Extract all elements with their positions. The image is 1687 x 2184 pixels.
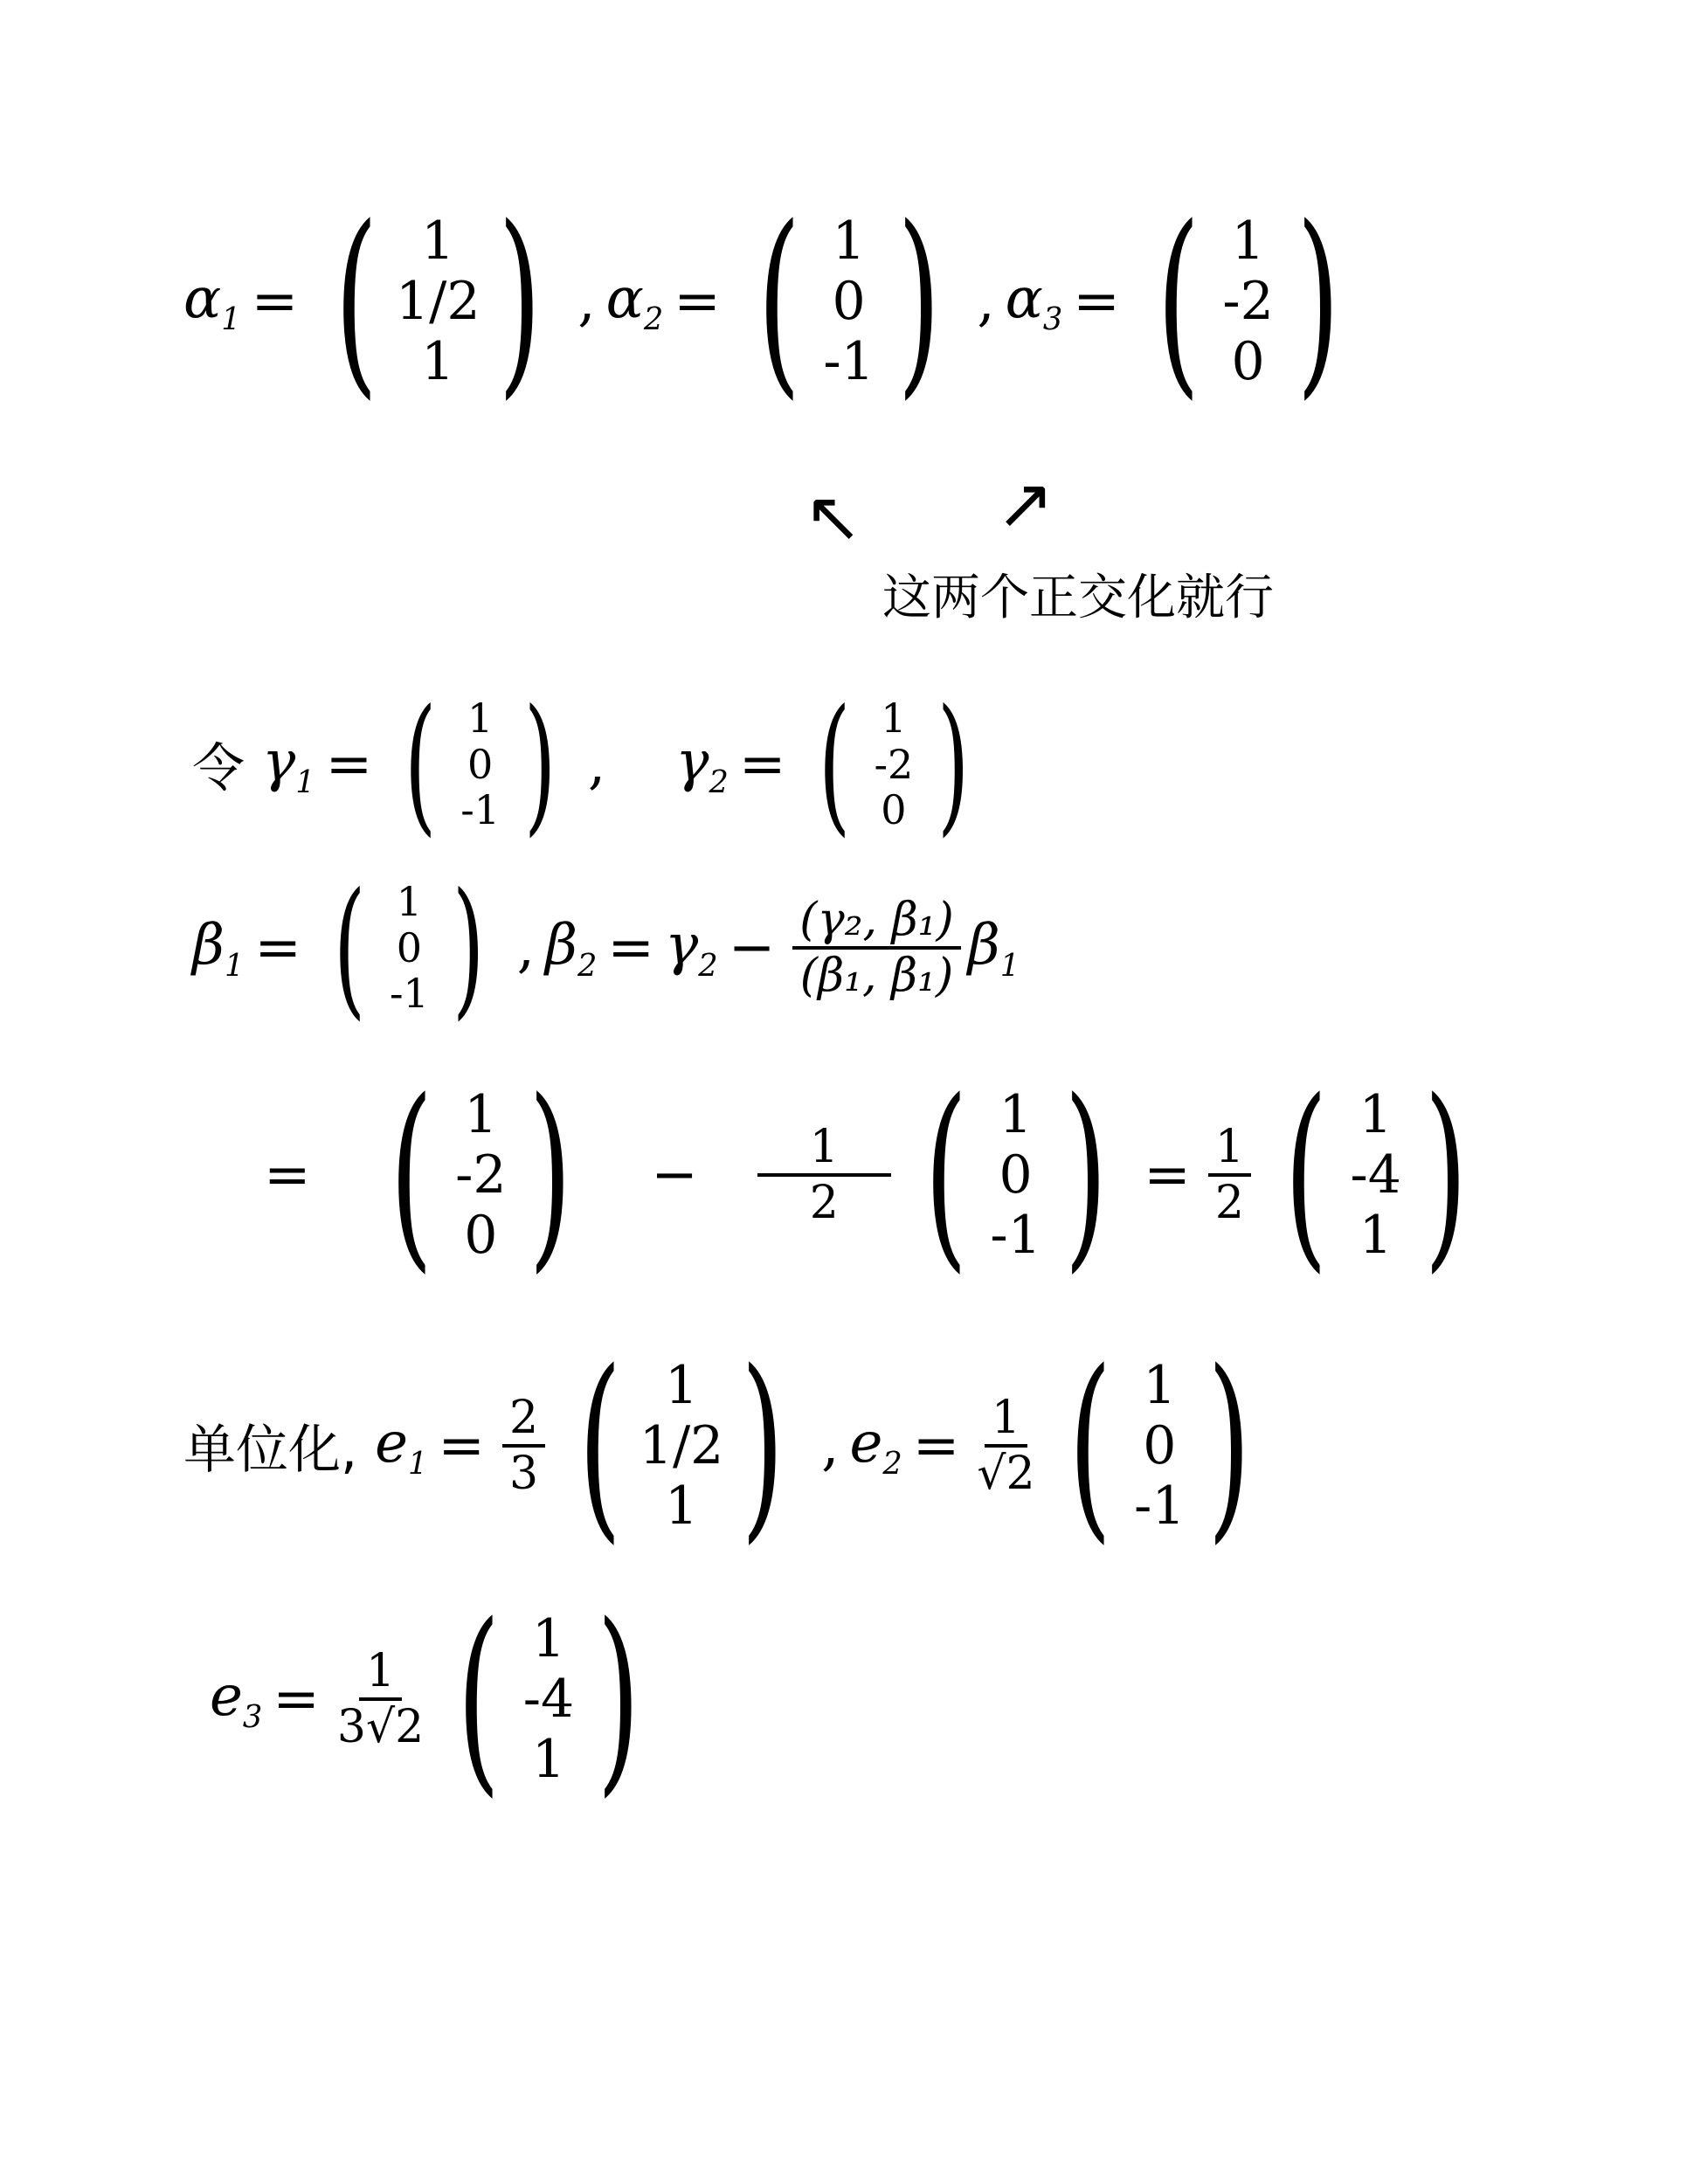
vector-entry: 1	[1143, 1356, 1176, 1416]
left-paren: (	[335, 201, 377, 402]
alpha2-label: α2	[606, 266, 664, 337]
vector-entry: 1	[999, 1085, 1032, 1145]
fraction-denominator: 2	[1215, 1177, 1244, 1229]
half-fraction: 1 2	[757, 1121, 891, 1229]
vector-entry: -1	[1134, 1476, 1185, 1537]
vector-entry: 0	[467, 742, 493, 788]
gamma2-label: γ2	[675, 729, 729, 800]
right-paren: )	[453, 874, 484, 1022]
right-paren: )	[897, 201, 940, 402]
alpha1-label: α1	[183, 266, 241, 337]
fraction-numerator: 1	[1208, 1121, 1251, 1177]
right-paren: )	[1424, 1075, 1467, 1275]
vector-entry: 1	[665, 1476, 698, 1537]
gamma2-vector: ( 1 -2 0 )	[372, 1075, 590, 1275]
fraction-numerator: (γ₂, β₁)	[792, 894, 960, 950]
vector-entry: -1	[823, 332, 874, 392]
vector-entry: 0	[1232, 332, 1265, 392]
arrow-up-left-icon: ↖	[804, 476, 862, 557]
equals-sign: =	[607, 916, 654, 980]
e2-coefficient: 1 √2	[977, 1392, 1034, 1500]
gamma1-vector: ( 1 0 -1 )	[391, 690, 569, 839]
left-paren: (	[924, 1075, 967, 1275]
gamma2-term: γ2	[665, 913, 718, 984]
vector-entry: 1	[1359, 1206, 1393, 1266]
beta2-result-vector: ( 1 -4 1 )	[1267, 1075, 1484, 1275]
right-paren: )	[529, 1075, 572, 1275]
arrow-up-right-icon: ↗	[996, 463, 1054, 544]
fraction-numerator: 1	[985, 1392, 1027, 1448]
vector-entry: 0	[397, 925, 422, 971]
equals-sign: =	[1073, 269, 1120, 334]
comma: ,	[588, 732, 605, 797]
gamma-definitions: 令 γ1 = ( 1 0 -1 ) , γ2 = ( 1 -2 0 )	[192, 690, 991, 839]
right-paren: )	[597, 1599, 640, 1800]
comma: ,	[517, 916, 535, 980]
right-paren: )	[742, 1345, 785, 1546]
gamma1-label: γ1	[262, 729, 315, 800]
fraction-denominator: (β₁, β₁)	[800, 950, 953, 1002]
comma: ,	[821, 1413, 839, 1478]
equals-sign: =	[326, 732, 373, 797]
equals-sign: =	[913, 1413, 960, 1478]
vector-entry: -1	[460, 787, 500, 833]
alpha3-label: α3	[1006, 266, 1063, 337]
alpha3-vector: ( 1 -2 0 )	[1139, 201, 1357, 402]
vector-entry: -4	[1351, 1145, 1401, 1206]
vector-entry: -2	[455, 1145, 506, 1206]
equals-sign: =	[739, 732, 786, 797]
right-paren: )	[524, 690, 556, 839]
vector-entry: -1	[390, 971, 429, 1017]
equals-sign: =	[254, 916, 301, 980]
right-paren: )	[1296, 201, 1339, 402]
beta1-label: β1	[192, 913, 244, 984]
beta2-label: β2	[545, 913, 597, 984]
fraction-denominator: √2	[977, 1448, 1034, 1500]
coefficient-fraction: 1 2	[1208, 1121, 1251, 1229]
vector-entry: 0	[464, 1206, 497, 1266]
fraction-numerator: 2	[502, 1392, 545, 1448]
equals-sign: =	[252, 269, 299, 334]
equals-sign: =	[438, 1413, 485, 1478]
left-paren: (	[757, 201, 800, 402]
fraction-denominator: 3√2	[337, 1701, 424, 1753]
vector-entry: 1	[421, 332, 454, 392]
e3-line: e3 = 1 3√2 ( 1 -4 1 )	[210, 1599, 667, 1800]
normalize-prefix: 单位化,	[183, 1408, 357, 1483]
vector-entry: 1	[467, 695, 493, 742]
fraction-denominator: 3	[509, 1448, 538, 1500]
beta2-computation: = ( 1 -2 0 ) − 1 2 ( 1 0 -1 ) = 1 2 ( 1 …	[253, 1075, 1493, 1275]
fraction-numerator: 1	[359, 1645, 402, 1701]
right-paren: )	[937, 690, 969, 839]
vector-entry: -2	[1222, 272, 1273, 332]
comma: ,	[977, 269, 994, 334]
equals-sign: =	[264, 1143, 311, 1207]
let-prefix: 令	[192, 727, 245, 802]
e3-vector: ( 1 -4 1 )	[439, 1599, 657, 1800]
e3-coefficient: 1 3√2	[337, 1645, 424, 1753]
beta-definitions: β1 = ( 1 0 -1 ) , β2 = γ2 − (γ₂, β₁) (β₁…	[192, 874, 1020, 1022]
comma: ,	[577, 269, 595, 334]
right-paren: )	[498, 201, 541, 402]
vector-entry: -4	[523, 1669, 574, 1730]
e1-label: e1	[375, 1411, 427, 1482]
right-paren: )	[1207, 1345, 1250, 1546]
vector-entry: 1/2	[640, 1416, 724, 1476]
left-paren: (	[404, 690, 436, 839]
gamma2-vector: ( 1 -2 0 )	[805, 690, 983, 839]
left-paren: (	[1157, 201, 1200, 402]
alpha-definitions: α1 = ( 1 1/2 1 ) , α2 = ( 1 0 -1 ) , α3 …	[183, 201, 1366, 402]
vector-entry: 1	[832, 211, 865, 272]
right-paren: )	[1064, 1075, 1107, 1275]
vector-entry: 1	[532, 1609, 565, 1669]
vector-entry: 0	[1143, 1416, 1176, 1476]
beta1-vector: ( 1 0 -1 )	[321, 874, 498, 1022]
vector-entry: 1	[464, 1085, 497, 1145]
normalization-line: 单位化, e1 = 2 3 ( 1 1/2 1 ) , e2 = 1 √2 ( …	[183, 1345, 1277, 1546]
fraction-denominator: 2	[810, 1177, 839, 1229]
left-paren: (	[390, 1075, 432, 1275]
e3-label: e3	[210, 1664, 262, 1735]
minus-sign: −	[651, 1143, 698, 1207]
e2-vector: ( 1 0 -1 )	[1051, 1345, 1269, 1546]
vector-entry: 0	[881, 787, 906, 833]
e2-label: e2	[849, 1411, 902, 1482]
vector-entry: 0	[999, 1145, 1032, 1206]
alpha2-vector: ( 1 0 -1 )	[740, 201, 958, 402]
vector-entry: 1	[1359, 1085, 1393, 1145]
e1-coefficient: 2 3	[502, 1392, 545, 1500]
vector-entry: 1	[397, 879, 422, 925]
vector-entry: 1	[665, 1356, 698, 1416]
vector-entry: 1	[1232, 211, 1265, 272]
left-paren: (	[578, 1345, 621, 1546]
annotation-note: 这两个正交化就行	[882, 559, 1274, 629]
projection-fraction: (γ₂, β₁) (β₁, β₁)	[792, 894, 960, 1002]
vector-entry: 1	[532, 1730, 565, 1790]
vector-entry: 0	[832, 272, 865, 332]
vector-entry: 1	[421, 211, 454, 272]
fraction-numerator: 1	[757, 1121, 891, 1177]
vector-entry: -2	[874, 742, 913, 788]
left-paren: (	[1284, 1075, 1327, 1275]
left-paren: (	[457, 1599, 500, 1800]
e1-vector: ( 1 1/2 1 )	[561, 1345, 802, 1546]
equals-sign: =	[273, 1667, 320, 1731]
beta1-vector: ( 1 0 -1 )	[907, 1075, 1124, 1275]
equals-sign: =	[674, 269, 721, 334]
vector-entry: 1	[881, 695, 906, 742]
beta1-term: β1	[968, 913, 1020, 984]
left-paren: (	[1068, 1345, 1111, 1546]
left-paren: (	[334, 874, 365, 1022]
left-paren: (	[818, 690, 849, 839]
vector-entry: -1	[990, 1206, 1041, 1266]
minus-sign: −	[729, 916, 776, 980]
alpha1-vector: ( 1 1/2 1 )	[317, 201, 558, 402]
equals-sign: =	[1144, 1143, 1191, 1207]
vector-entry: 1/2	[396, 272, 481, 332]
